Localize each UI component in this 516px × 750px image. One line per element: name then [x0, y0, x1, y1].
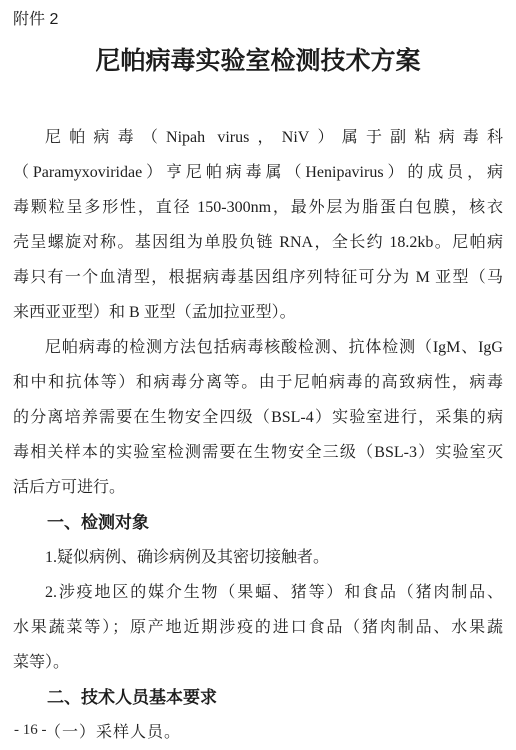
text-line: 毒颗粒呈多形性，直径 150-300nm，最外层为脂蛋白包膜，核衣 [13, 190, 503, 225]
text-line: 2.涉疫地区的媒介生物（果蝠、猪等）和食品（猪肉制品、 [13, 575, 503, 610]
text-line: 毒只有一个血清型，根据病毒基因组序列特征可分为 M 亚型（马 [13, 260, 503, 295]
text-line: （Paramyxoviridae）亨尼帕病毒属（Henipavirus）的成员，… [13, 155, 503, 190]
text-line: 尼帕病毒（Nipah virus，NiV）属于副粘病毒科 [13, 120, 503, 155]
document-body: 尼帕病毒（Nipah virus，NiV）属于副粘病毒科 （Paramyxovi… [13, 120, 503, 750]
document-title: 尼帕病毒实验室检测技术方案 [13, 44, 503, 80]
section-heading-personnel-requirements: 二、技术人员基本要求 [13, 680, 503, 715]
text-line: 菜等）。 [13, 645, 503, 680]
text-line: 尼帕病毒的检测方法包括病毒核酸检测、抗体检测（IgM、IgG [13, 330, 503, 365]
text-line: 壳呈螺旋对称。基因组为单股负链 RNA，全长约 18.2kb。尼帕病 [13, 225, 503, 260]
text-line: 和中和抗体等）和病毒分离等。由于尼帕病毒的高致病性，病毒 [13, 365, 503, 400]
text-line: 1.疑似病例、确诊病例及其密切接触者。 [13, 540, 503, 575]
subsection-heading-sampling-personnel: （一）采样人员。 [13, 715, 503, 750]
section-heading-detection-targets: 一、检测对象 [13, 505, 503, 540]
list-item-2: 2.涉疫地区的媒介生物（果蝠、猪等）和食品（猪肉制品、 水果蔬菜等）；原产地近期… [13, 575, 503, 680]
list-item-1: 1.疑似病例、确诊病例及其密切接触者。 [13, 540, 503, 575]
text-line: 来西亚亚型）和 B 亚型（孟加拉亚型）。 [13, 295, 503, 330]
paragraph-detection-methods: 尼帕病毒的检测方法包括病毒核酸检测、抗体检测（IgM、IgG 和中和抗体等）和病… [13, 330, 503, 505]
attachment-label: 附件 2 [13, 8, 503, 32]
page-number: - 16 - [14, 720, 47, 740]
paragraph-virus-description: 尼帕病毒（Nipah virus，NiV）属于副粘病毒科 （Paramyxovi… [13, 120, 503, 330]
text-line: 的分离培养需要在生物安全四级（BSL-4）实验室进行，采集的病 [13, 400, 503, 435]
document-page: 附件 2 尼帕病毒实验室检测技术方案 尼帕病毒（Nipah virus，NiV）… [0, 0, 516, 750]
text-line: 水果蔬菜等）；原产地近期涉疫的进口食品（猪肉制品、水果蔬 [13, 610, 503, 645]
text-line: 毒相关样本的实验室检测需要在生物安全三级（BSL-3）实验室灭 [13, 435, 503, 470]
text-line: 活后方可进行。 [13, 470, 503, 505]
